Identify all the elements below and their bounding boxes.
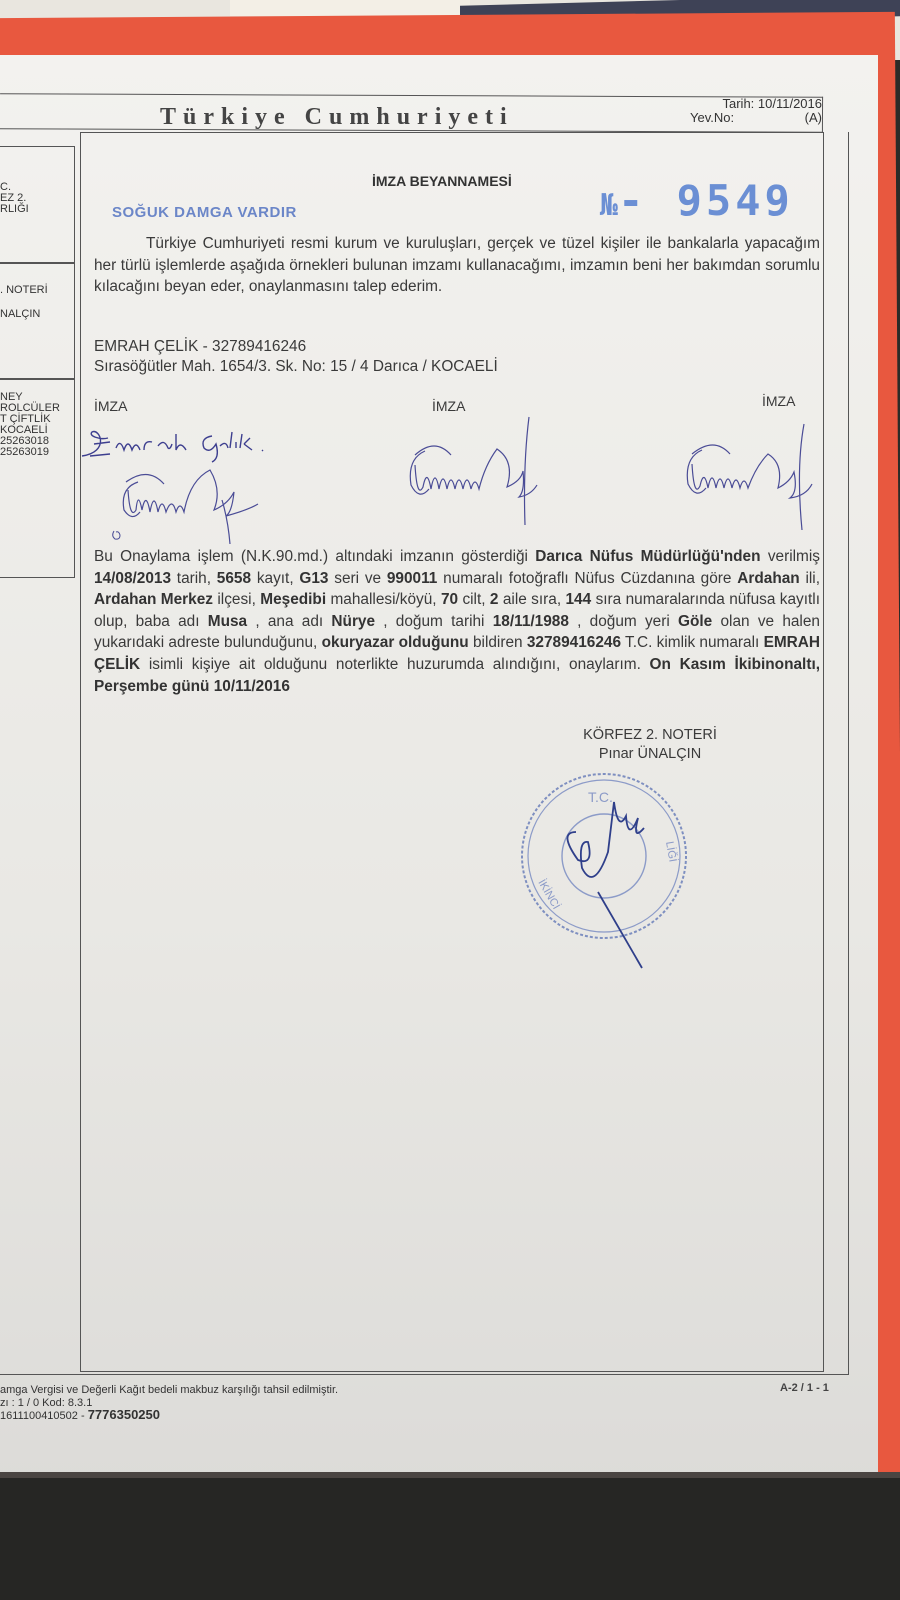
signature-3 — [680, 418, 830, 536]
signature-label-1: İMZA — [94, 398, 127, 414]
approval-text: kayıt, — [251, 570, 299, 587]
approval-paragraph: Bu Onaylama işlem (N.K.90.md.) altındaki… — [94, 546, 820, 697]
approval-text: tarih, — [171, 570, 217, 587]
number-prefix: № — [600, 188, 618, 223]
margin-line: NALÇIN — [0, 302, 48, 326]
notary-name: Pınar ÜNALÇIN — [555, 745, 745, 764]
footer-ids: 1611100410502 - 7776350250 — [0, 1409, 338, 1423]
approval-highlight: 70 — [441, 591, 458, 608]
footer-text: amga Vergisi ve Değerli Kağıt bedeli mak… — [0, 1384, 338, 1423]
margin-line: RLIĞI — [0, 204, 29, 215]
margin-box-3-text: NEY ROLCÜLER T ÇİFTLİK KOCAELİ 25263018 … — [0, 392, 60, 458]
approval-highlight: Nürye — [331, 613, 375, 630]
approval-text: , doğum yeri — [569, 613, 678, 630]
approval-highlight: Darıca Nüfus Müdürlüğü'nden — [535, 548, 760, 565]
approval-highlight: 14/08/2013 — [94, 570, 171, 587]
approval-highlight: 18/11/1988 — [493, 613, 569, 630]
svg-text:T.C.: T.C. — [588, 789, 613, 805]
approval-highlight: 5658 — [217, 570, 251, 587]
footer-id-bold: 7776350250 — [88, 1407, 160, 1422]
approval-text: Bu Onaylama işlem (N.K.90.md.) altındaki… — [94, 548, 535, 565]
footer-id-prefix: 1611100410502 - — [0, 1410, 88, 1422]
approval-highlight: G13 — [299, 570, 328, 587]
approval-highlight: Musa — [208, 613, 247, 630]
signature-2 — [405, 415, 555, 533]
notary-block: KÖRFEZ 2. NOTERİ Pınar ÜNALÇIN — [555, 726, 745, 764]
approval-text: cilt, — [458, 591, 490, 608]
margin-box-1-text: C. EZ 2. RLIĞI — [0, 182, 29, 215]
approval-text: bildiren — [469, 634, 527, 651]
notary-office: KÖRFEZ 2. NOTERİ — [555, 726, 745, 745]
declaration-paragraph: Türkiye Cumhuriyeti resmi kurum ve kurul… — [94, 233, 820, 298]
approval-text: mahallesi/köyü, — [326, 591, 441, 608]
approval-highlight: okuryazar olduğunu — [322, 634, 469, 651]
signature-1 — [118, 460, 278, 546]
background-tray — [0, 1478, 900, 1600]
document-header-title: Türkiye Cumhuriyeti — [160, 104, 514, 131]
margin-box-2-text: . NOTERİ NALÇIN — [0, 278, 48, 326]
notary-seal: T.C. İKİNCİ LİĞİ — [518, 772, 698, 976]
document-title: İMZA BEYANNAMESİ — [372, 173, 512, 189]
footer-code: zı : 1 / 0 Kod: 8.3.1 — [0, 1397, 338, 1410]
approval-text: numaralı fotoğraflı Nüfus Cüzdanına göre — [437, 570, 737, 587]
approval-highlight: 32789416246 — [527, 634, 621, 651]
person-name-id: EMRAH ÇELİK - 32789416246 — [94, 338, 306, 356]
yev-label: Yev.No: — [690, 111, 734, 125]
number-value: - 9549 — [618, 176, 794, 225]
signature-label-3: İMZA — [762, 393, 795, 409]
approval-highlight: Ardahan Merkez — [94, 591, 213, 608]
approval-text: isimli kişiye ait olduğunu noterlikte hu… — [140, 656, 649, 673]
approval-highlight: Ardahan — [737, 570, 799, 587]
yev-value: (A) — [805, 111, 822, 125]
approval-highlight: 144 — [566, 591, 592, 608]
approval-highlight: 990011 — [387, 570, 438, 587]
number-stamp: №- 9549 — [600, 176, 794, 225]
approval-text: , doğum tarihi — [375, 613, 493, 630]
approval-text: seri ve — [328, 570, 386, 587]
approval-text: ilçesi, — [213, 591, 260, 608]
margin-line: . NOTERİ — [0, 278, 48, 302]
cold-stamp: SOĞUK DAMGA VARDIR — [112, 204, 297, 221]
page-reference: A-2 / 1 - 1 — [780, 1382, 829, 1394]
approval-highlight: Meşedibi — [260, 591, 326, 608]
footer-tax-note: amga Vergisi ve Değerli Kağıt bedeli mak… — [0, 1384, 338, 1397]
person-address: Sırasöğütler Mah. 1654/3. Sk. No: 15 / 4… — [94, 358, 498, 376]
margin-line: 25263019 — [0, 447, 60, 458]
date-label: Tarih: 10/11/2016 — [690, 97, 822, 111]
background-paper — [230, 0, 470, 16]
approval-text: ili, — [800, 570, 820, 587]
header-meta: Tarih: 10/11/2016 Yev.No:(A) — [690, 97, 822, 125]
svg-text:LİĞİ: LİĞİ — [663, 840, 679, 863]
approval-text: verilmiş — [761, 548, 820, 565]
approval-highlight: Göle — [678, 613, 712, 630]
approval-text: aile sıra, — [498, 591, 565, 608]
small-circle-mark — [110, 527, 126, 541]
approval-text: T.C. kimlik numaralı — [621, 634, 764, 651]
signature-label-2: İMZA — [432, 398, 465, 414]
approval-text: , ana adı — [247, 613, 331, 630]
